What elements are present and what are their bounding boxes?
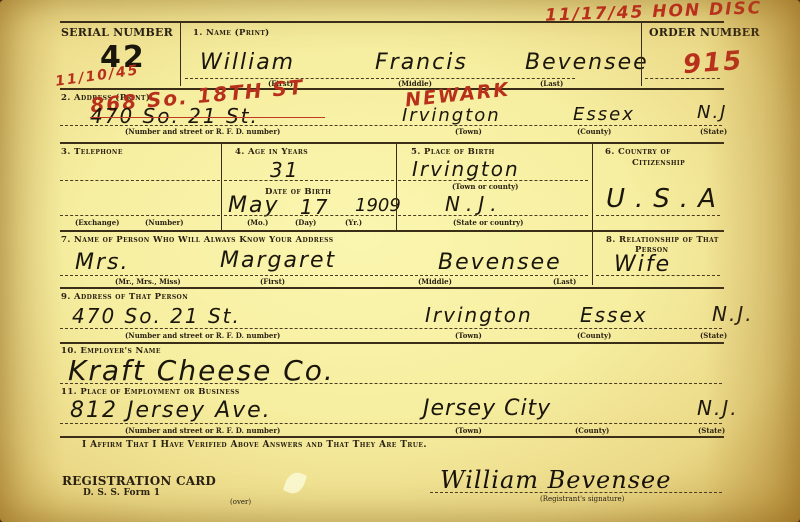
registration-card-title: REGISTRATION CARD xyxy=(62,474,216,488)
order-number-value: 915 xyxy=(682,46,744,80)
employment-sub-street: (Number and street or R. F. D. number) xyxy=(125,426,280,435)
contact-address-town: Irvington xyxy=(425,303,533,327)
name-sub-last: (Last) xyxy=(540,79,563,88)
signature-line xyxy=(430,492,722,493)
employment-street: 812 Jersey Ave. xyxy=(70,398,272,423)
contact-address-sub-county: (County) xyxy=(577,331,611,340)
address-county: Essex xyxy=(573,104,635,125)
employment-place-label: 11. Place of Employment or Business xyxy=(61,387,240,397)
age-label: 4. Age in Years xyxy=(235,147,308,157)
employment-town: Jersey City xyxy=(423,396,551,421)
registrant-signature: William Bevensee xyxy=(440,466,671,494)
age-line xyxy=(224,180,394,181)
form-number: D. S. S. Form 1 xyxy=(83,488,160,498)
contact-address-label: 9. Address of That Person xyxy=(61,292,188,302)
contact-sub-last: (Last) xyxy=(553,277,576,286)
employment-line xyxy=(60,423,722,424)
name-middle: Francis xyxy=(375,50,468,75)
order-line xyxy=(645,78,720,79)
relationship-label-1: 8. Relationship of That xyxy=(606,235,719,245)
citizenship-label-2: Citizenship xyxy=(632,158,685,168)
address-sub-town: (Town) xyxy=(455,127,482,136)
age-value: 31 xyxy=(270,158,299,182)
citizenship-value: U.S.A xyxy=(606,184,726,214)
contact-person-label: 7. Name of Person Who Will Always Know Y… xyxy=(61,235,333,245)
dob-sub-month: (Mo.) xyxy=(247,218,268,227)
row-divider xyxy=(60,142,724,144)
registration-card: 11/17/45 HON DISC SERIAL NUMBER 42 11/10… xyxy=(0,0,800,522)
contact-address-sub-street: (Number and street or R. F. D. number) xyxy=(125,331,280,340)
relationship-value: Wife xyxy=(614,252,671,277)
birthplace-label: 5. Place of Birth xyxy=(411,147,495,157)
birthplace-line-1 xyxy=(398,180,588,181)
citizenship-label-1: 6. Country of xyxy=(605,147,671,157)
row-divider xyxy=(60,230,724,232)
employment-sub-state: (State) xyxy=(698,426,725,435)
address-sub-county: (County) xyxy=(577,127,611,136)
address-line xyxy=(60,125,722,126)
contact-address-street: 470 So. 21 St. xyxy=(72,304,241,328)
row-divider xyxy=(60,436,724,438)
telephone-sub-number: (Number) xyxy=(145,218,184,227)
employment-state: N.J. xyxy=(697,396,739,420)
name-first: William xyxy=(200,50,295,75)
dob-line xyxy=(224,215,394,216)
strike-through xyxy=(90,117,325,118)
name-label: 1. Name (Print) xyxy=(193,28,270,38)
signature-label: (Registrant's signature) xyxy=(540,495,624,503)
contact-address-state: N.J. xyxy=(712,302,754,326)
contact-sub-middle: (Middle) xyxy=(418,277,452,286)
row-divider xyxy=(60,287,724,289)
address-state: N.J xyxy=(697,102,728,123)
address-sub-state: (State) xyxy=(700,127,727,136)
contact-last: Bevensee xyxy=(438,250,562,275)
dob-year: 1909 xyxy=(355,195,401,216)
contact-sub-first: (First) xyxy=(260,277,285,286)
affirmation-text: I Affirm That I Have Verified Above Answ… xyxy=(82,440,427,450)
birthplace-sub-town: (Town or county) xyxy=(452,182,518,191)
birthplace-state: N.J. xyxy=(445,192,503,216)
divider xyxy=(396,143,397,230)
divider xyxy=(592,143,593,230)
citizenship-line xyxy=(596,215,720,216)
contact-address-county: Essex xyxy=(580,303,648,327)
employment-sub-town: (Town) xyxy=(455,426,482,435)
contact-first: Margaret xyxy=(220,248,336,273)
contact-address-sub-state: (State) xyxy=(700,331,727,340)
serial-number-label: SERIAL NUMBER xyxy=(61,26,173,39)
divider xyxy=(221,143,222,230)
paper-blemish xyxy=(283,470,307,497)
contact-address-line xyxy=(60,328,722,329)
birthplace-sub-state: (State or country) xyxy=(453,218,523,227)
divider xyxy=(641,22,642,86)
birthplace-town: Irvington xyxy=(412,157,520,181)
telephone-line-1 xyxy=(60,180,220,181)
dob-sub-day: (Day) xyxy=(295,218,316,227)
telephone-line-2 xyxy=(60,215,220,216)
divider xyxy=(592,231,593,285)
divider xyxy=(180,22,181,86)
address-sub-street: (Number and street or R. F. D. number) xyxy=(125,127,280,136)
birthplace-line-2 xyxy=(398,215,588,216)
contact-title: Mrs. xyxy=(75,250,129,275)
serial-red-date: 11/10/45 xyxy=(54,62,140,90)
row-divider xyxy=(60,342,724,344)
telephone-sub-exchange: (Exchange) xyxy=(75,218,119,227)
relationship-line xyxy=(596,275,720,276)
top-border xyxy=(60,21,724,23)
dob-sub-year: (Yr.) xyxy=(345,218,362,227)
order-number-label: ORDER NUMBER xyxy=(649,26,760,39)
employment-sub-county: (County) xyxy=(575,426,609,435)
name-last: Bevensee xyxy=(525,50,649,75)
telephone-label: 3. Telephone xyxy=(61,147,123,157)
contact-line xyxy=(60,275,588,276)
over-label: (over) xyxy=(230,498,251,506)
address-town: Irvington xyxy=(402,105,501,126)
contact-sub-title: (Mr., Mrs., Miss) xyxy=(115,277,181,286)
employer-line xyxy=(60,383,722,384)
contact-address-sub-town: (Town) xyxy=(455,331,482,340)
